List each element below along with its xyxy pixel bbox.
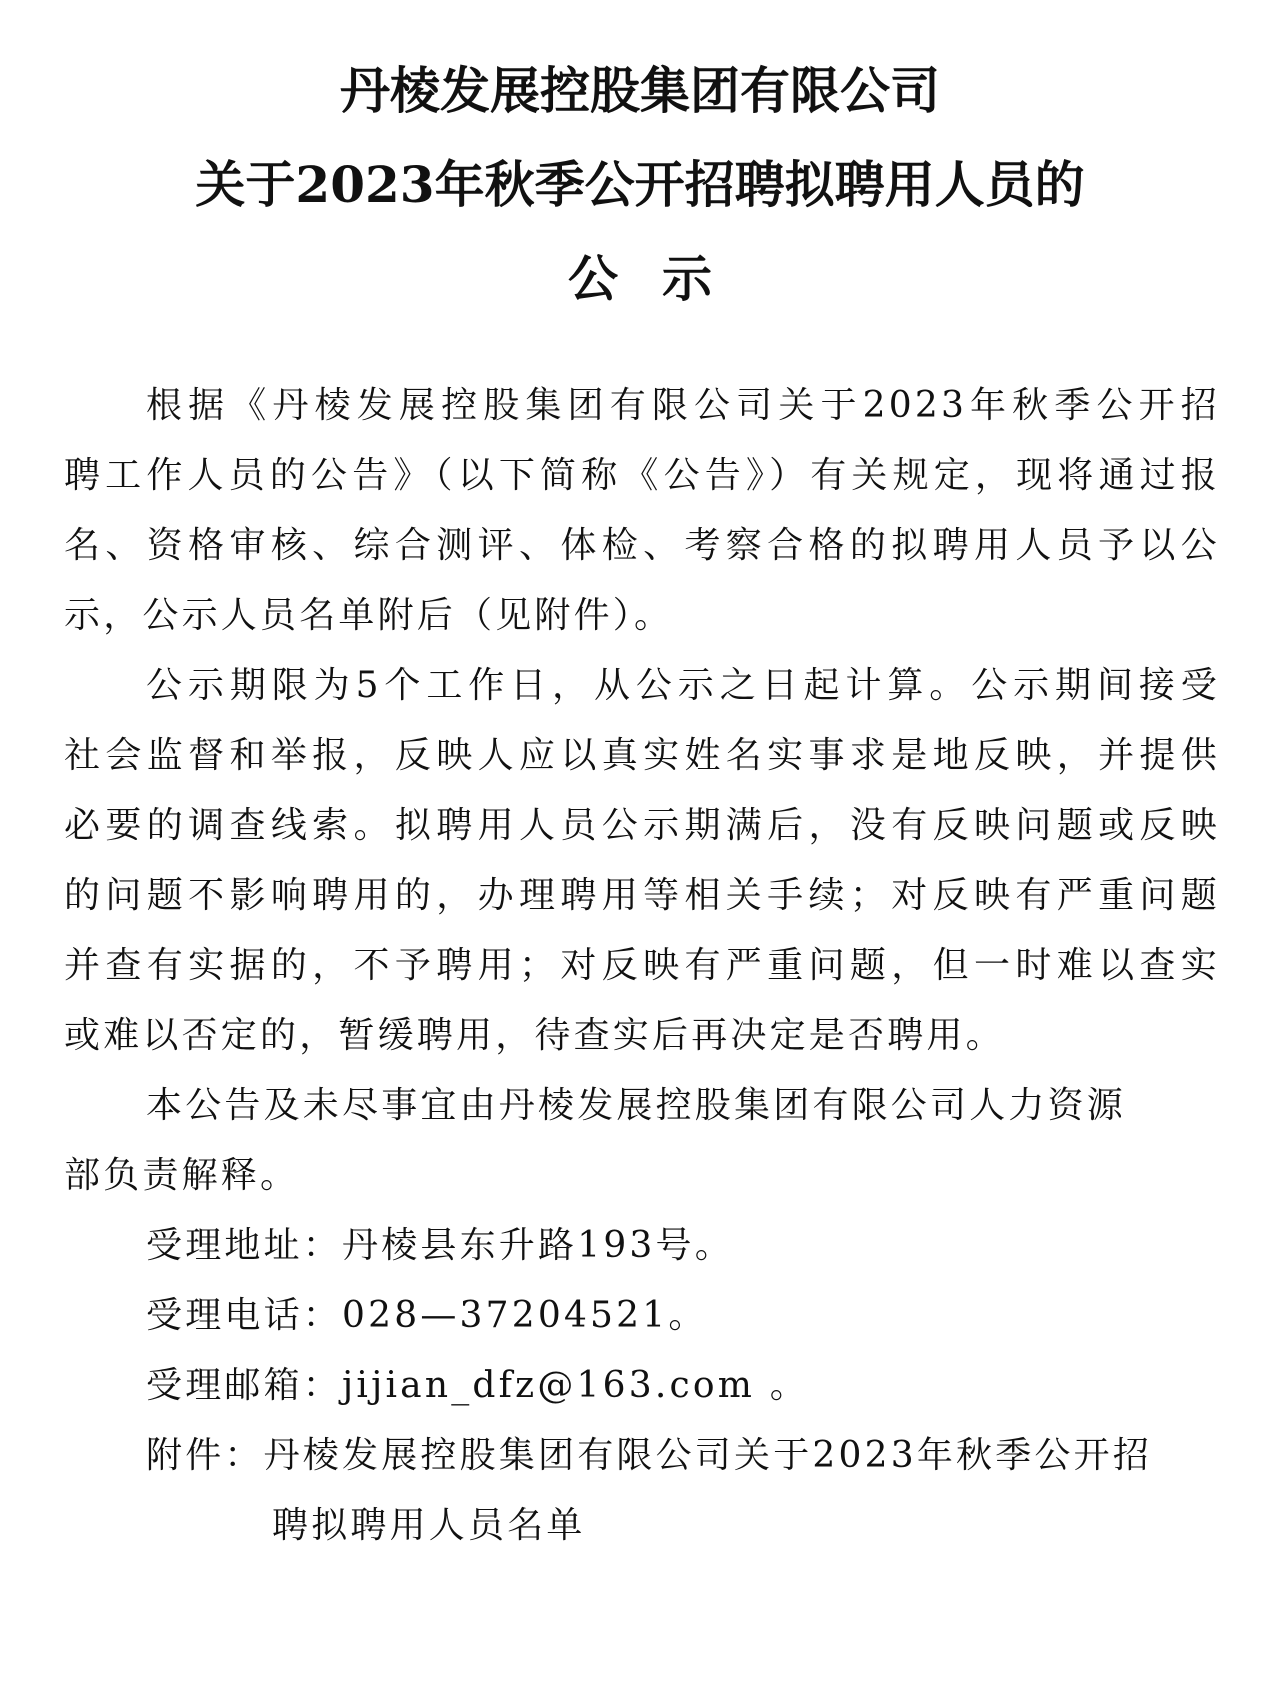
address-label: 受理地址： <box>146 1225 342 1266</box>
address-value: 丹棱县东升路193号。 <box>342 1225 734 1266</box>
contact-address: 受理地址：丹棱县东升路193号。 <box>146 1222 1220 1270</box>
phone-label: 受理电话： <box>146 1295 342 1336</box>
phone-value: 028—37204521。 <box>342 1295 708 1336</box>
attachment-line-2: 聘拟聘用人员名单 <box>272 1502 1220 1550</box>
paragraph-2-line-1: 公示期限为5个工作日，从公示之日起计算。公示期间接受 <box>146 662 1220 710</box>
contact-email: 受理邮箱：jijian_dfz@163.com 。 <box>146 1362 1220 1410</box>
contact-phone: 受理电话：028—37204521。 <box>146 1292 1220 1340</box>
email-label: 受理邮箱： <box>146 1365 342 1406</box>
attachment-label: 附件： <box>146 1435 264 1476</box>
paragraph-1-line-3: 名、资格审核、综合测评、体检、考察合格的拟聘用人员予以公 <box>64 522 1220 570</box>
paragraph-1-line-2: 聘工作人员的公告》（以下简称《公告》）有关规定，现将通过报 <box>64 452 1220 500</box>
paragraph-2-line-2: 社会监督和举报，反映人应以真实姓名实事求是地反映，并提供 <box>64 732 1220 780</box>
email-value: jijian_dfz@163.com 。 <box>342 1365 809 1406</box>
paragraph-1-line-4: 示，公示人员名单附后（见附件）。 <box>64 592 1220 640</box>
paragraph-3-line-1: 本公告及未尽事宜由丹棱发展控股集团有限公司人力资源 <box>146 1082 1220 1130</box>
title-company: 丹棱发展控股集团有限公司 <box>0 56 1280 126</box>
announcement-document: 丹棱发展控股集团有限公司 关于2023年秋季公开招聘拟聘用人员的 公示 根据《丹… <box>0 0 1280 1690</box>
attachment-line-1: 附件：丹棱发展控股集团有限公司关于2023年秋季公开招 <box>146 1432 1220 1480</box>
paragraph-2-line-3: 必要的调查线索。拟聘用人员公示期满后，没有反映问题或反映 <box>64 802 1220 850</box>
paragraph-2-line-6: 或难以否定的，暂缓聘用，待查实后再决定是否聘用。 <box>64 1012 1220 1060</box>
paragraph-1-line-1: 根据《丹棱发展控股集团有限公司关于2023年秋季公开招 <box>146 382 1220 430</box>
title-notice: 公示 <box>0 244 1280 314</box>
paragraph-3-line-2: 部负责解释。 <box>64 1152 1220 1200</box>
paragraph-2-line-5: 并查有实据的，不予聘用；对反映有严重问题，但一时难以查实 <box>64 942 1220 990</box>
title-subject: 关于2023年秋季公开招聘拟聘用人员的 <box>0 150 1280 220</box>
paragraph-2-line-4: 的问题不影响聘用的，办理聘用等相关手续；对反映有严重问题 <box>64 872 1220 920</box>
attachment-title: 丹棱发展控股集团有限公司关于2023年秋季公开招 <box>264 1435 1152 1476</box>
